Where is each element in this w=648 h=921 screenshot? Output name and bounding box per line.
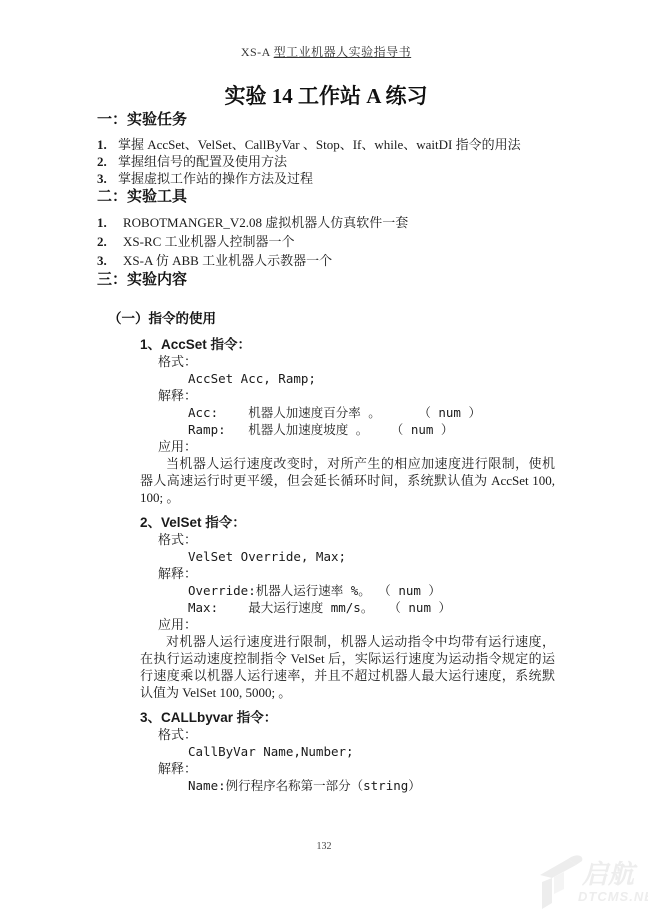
- list-item: 3. 掌握虚拟工作站的操作方法及过程: [97, 170, 555, 187]
- instruction-syntax: CallByVar Name,Number;: [188, 743, 555, 760]
- parameter-line: Override:机器人运行速率 %。 （ num ）: [188, 582, 555, 599]
- page-title: 实验 14 工作站 A 练习: [97, 82, 555, 110]
- page-content: XS-A 型工业机器人实验指导书 实验 14 工作站 A 练习 一：实验任务 1…: [0, 0, 648, 794]
- instruction-block-velset: 2、VelSet 指令： 格式： VelSet Override, Max; 解…: [97, 514, 555, 701]
- section-heading-tools: 二：实验工具: [97, 187, 555, 207]
- list-item-text: XS-RC 工业机器人控制器一个: [123, 232, 555, 251]
- list-item: 2. 掌握组信号的配置及使用方法: [97, 153, 555, 170]
- apply-label: 应用：: [158, 438, 555, 455]
- apply-paragraph: 当机器人运行速度改变时，对所产生的相应加速度进行限制，使机器人高速运行时更平缓，…: [140, 455, 555, 506]
- parameter-line: Max: 最大运行速度 mm/s。 （ num ）: [188, 599, 555, 616]
- instruction-syntax: VelSet Override, Max;: [188, 548, 555, 565]
- running-header: XS-A 型工业机器人实验指导书: [97, 44, 555, 61]
- parameter-line: Ramp: 机器人加速度坡度 。 （ num ）: [188, 421, 555, 438]
- list-item: 3. XS-A 仿 ABB 工业机器人示教器一个: [97, 251, 555, 270]
- instruction-title: 1、AccSet 指令：: [140, 336, 555, 353]
- format-label: 格式：: [158, 726, 555, 743]
- explain-label: 解释：: [158, 760, 555, 777]
- list-item-number: 2.: [97, 153, 118, 170]
- task-list: 1. 掌握 AccSet、VelSet、CallByVar 、Stop、If、w…: [97, 136, 555, 187]
- instruction-block-accset: 1、AccSet 指令： 格式： AccSet Acc, Ramp; 解释： A…: [97, 336, 555, 506]
- watermark-site-text: DTCMS.NET: [578, 889, 648, 904]
- format-label: 格式：: [158, 531, 555, 548]
- watermark-brand-text: 启航: [581, 859, 638, 889]
- section-heading-content: 三：实验内容: [97, 270, 555, 290]
- list-item: 2. XS-RC 工业机器人控制器一个: [97, 232, 555, 251]
- list-item-number: 3.: [97, 251, 123, 270]
- list-item-text: XS-A 仿 ABB 工业机器人示教器一个: [123, 251, 555, 270]
- list-item-number: 2.: [97, 232, 123, 251]
- list-item-text: 掌握组信号的配置及使用方法: [118, 153, 555, 170]
- instruction-title: 3、CALLbyvar 指令：: [140, 709, 555, 726]
- list-item-number: 3.: [97, 170, 118, 187]
- instruction-block-callbyvar: 3、CALLbyvar 指令： 格式： CallByVar Name,Numbe…: [97, 709, 555, 794]
- header-doc-code: XS-A: [241, 45, 274, 59]
- page-number: 132: [0, 838, 648, 855]
- subsection-heading-instructions: （一）指令的使用: [108, 310, 555, 328]
- list-item-text: ROBOTMANGER_V2.08 虚拟机器人仿真软件一套: [123, 213, 555, 232]
- instruction-title: 2、VelSet 指令：: [140, 514, 555, 531]
- list-item-text: 掌握 AccSet、VelSet、CallByVar 、Stop、If、whil…: [118, 136, 555, 153]
- instruction-syntax: AccSet Acc, Ramp;: [188, 370, 555, 387]
- document-page: XS-A 型工业机器人实验指导书 实验 14 工作站 A 练习 一：实验任务 1…: [0, 0, 648, 921]
- list-item-number: 1.: [97, 136, 118, 153]
- watermark-logo-icon: 启航 DTCMS.NET: [538, 849, 648, 915]
- parameter-line: Acc: 机器人加速度百分率 。 （ num ）: [188, 404, 555, 421]
- section-heading-tasks: 一：实验任务: [97, 110, 555, 130]
- list-item-text: 掌握虚拟工作站的操作方法及过程: [118, 170, 555, 187]
- explain-label: 解释：: [158, 565, 555, 582]
- dtcms-watermark: 启航 DTCMS.NET: [538, 849, 648, 915]
- parameter-line: Name:例行程序名称第一部分（string）: [188, 777, 555, 794]
- tool-list: 1. ROBOTMANGER_V2.08 虚拟机器人仿真软件一套 2. XS-R…: [97, 213, 555, 270]
- apply-label: 应用：: [158, 616, 555, 633]
- explain-label: 解释：: [158, 387, 555, 404]
- format-label: 格式：: [158, 353, 555, 370]
- list-item-number: 1.: [97, 213, 123, 232]
- apply-paragraph: 对机器人运行速度进行限制，机器人运动指令中均带有运行速度，在执行运动速度控制指令…: [140, 633, 555, 701]
- header-doc-name: 型工业机器人实验指导书: [274, 45, 412, 59]
- list-item: 1. ROBOTMANGER_V2.08 虚拟机器人仿真软件一套: [97, 213, 555, 232]
- list-item: 1. 掌握 AccSet、VelSet、CallByVar 、Stop、If、w…: [97, 136, 555, 153]
